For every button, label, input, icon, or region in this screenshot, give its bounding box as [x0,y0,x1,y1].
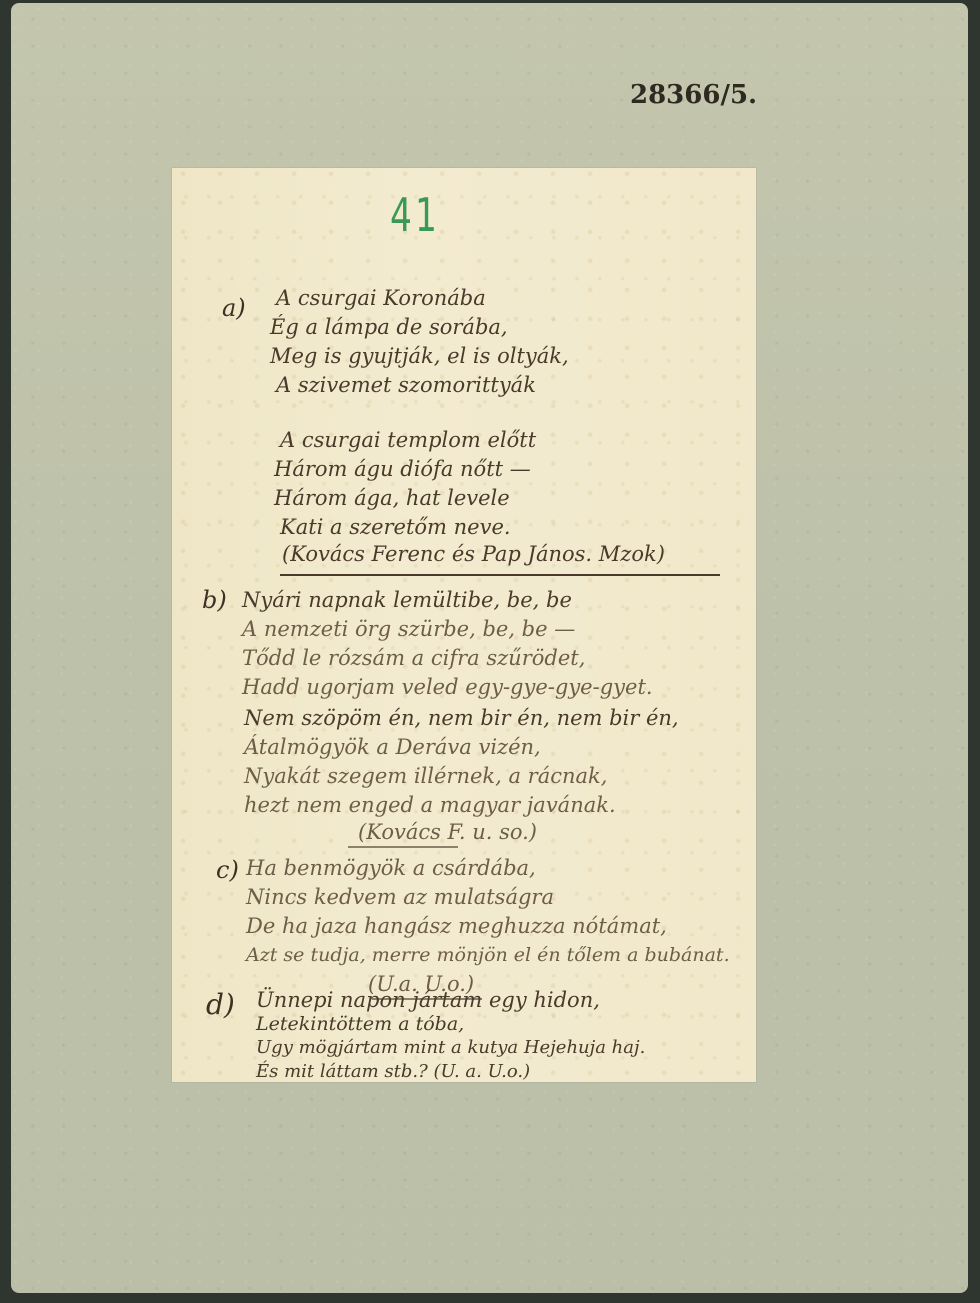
verse-line: A csurgai Koronába [276,284,569,313]
verse-line: Hadd ugorjam veled egy-gye-gye-gyet. [242,673,653,702]
verse-line: Három ága, hat levele [274,484,536,513]
verse-line: A csurgai templom előtt [280,426,536,455]
verse-line: Nem szöpöm én, nem bir én, nem bir én, [244,704,679,733]
verse-line: Tődd le rózsám a cifra szűrödet, [242,644,653,673]
verse-line: Három águ diófa nőtt — [274,455,536,484]
song-marker: a) [222,294,246,322]
verse-line: A nemzeti örg szürbe, be, be — [242,615,653,644]
stanza: Ünnepi napon jártam egy hidon, Letekintö… [256,988,645,1084]
verse-line: De ha jaza hangász meghuzza nótámat, [246,912,730,941]
verse-line: Letekintöttem a tóba, [256,1012,645,1036]
stanza: A csurgai templom előtt Három águ diófa … [280,426,536,542]
divider-underline [348,846,458,848]
verse-line: És mit láttam stb.? (U. a. U.o.) [256,1060,645,1084]
verse-line: Meg is gyujtják, el is oltyák, [270,342,569,371]
stanza: Nyári napnak lemültibe, be, be A nemzeti… [242,586,653,702]
stanza: Ha benmögyök a csárdába, Nincs kedvem az… [246,854,730,970]
inventory-number: 28366/5. [630,80,757,110]
source-note: (Kovács Ferenc és Pap János. Mzok) [282,540,665,569]
verse-line: Azt se tudja, merre mönjön el én tőlem a… [246,941,730,970]
verse-line: Átalmögyök a Deráva vizén, [244,733,679,762]
source-note: (Kovács F. u. so.) [358,818,537,847]
song-marker: c) [216,856,239,884]
stanza: Nem szöpöm én, nem bir én, nem bir én, Á… [244,704,679,820]
verse-line: Ég a lámpa de sorába, [270,313,569,342]
verse-line: Nyári napnak lemültibe, be, be [242,586,653,615]
verse-line: Ünnepi napon jártam egy hidon, [256,988,645,1012]
verse-line: A szivemet szomorittyák [276,371,569,400]
song-marker: b) [202,586,227,614]
verse-line: Ugy mögjártam mint a kutya Hejehuja haj. [256,1036,645,1060]
verse-line: Ha benmögyök a csárdába, [246,854,730,883]
page-number: 41 [390,188,440,242]
verse-line: hezt nem enged a magyar javának. [244,791,679,820]
stanza: A csurgai Koronába Ég a lámpa de sorába,… [276,284,569,400]
song-marker: d) [206,988,235,1021]
verse-line: Nincs kedvem az mulatságra [246,883,730,912]
manuscript-page: 41 a) A csurgai Koronába Ég a lámpa de s… [172,168,756,1082]
divider-underline [280,574,720,576]
verse-line: Nyakát szegem illérnek, a rácnak, [244,762,679,791]
verse-line: Kati a szeretőm neve. [280,513,536,542]
